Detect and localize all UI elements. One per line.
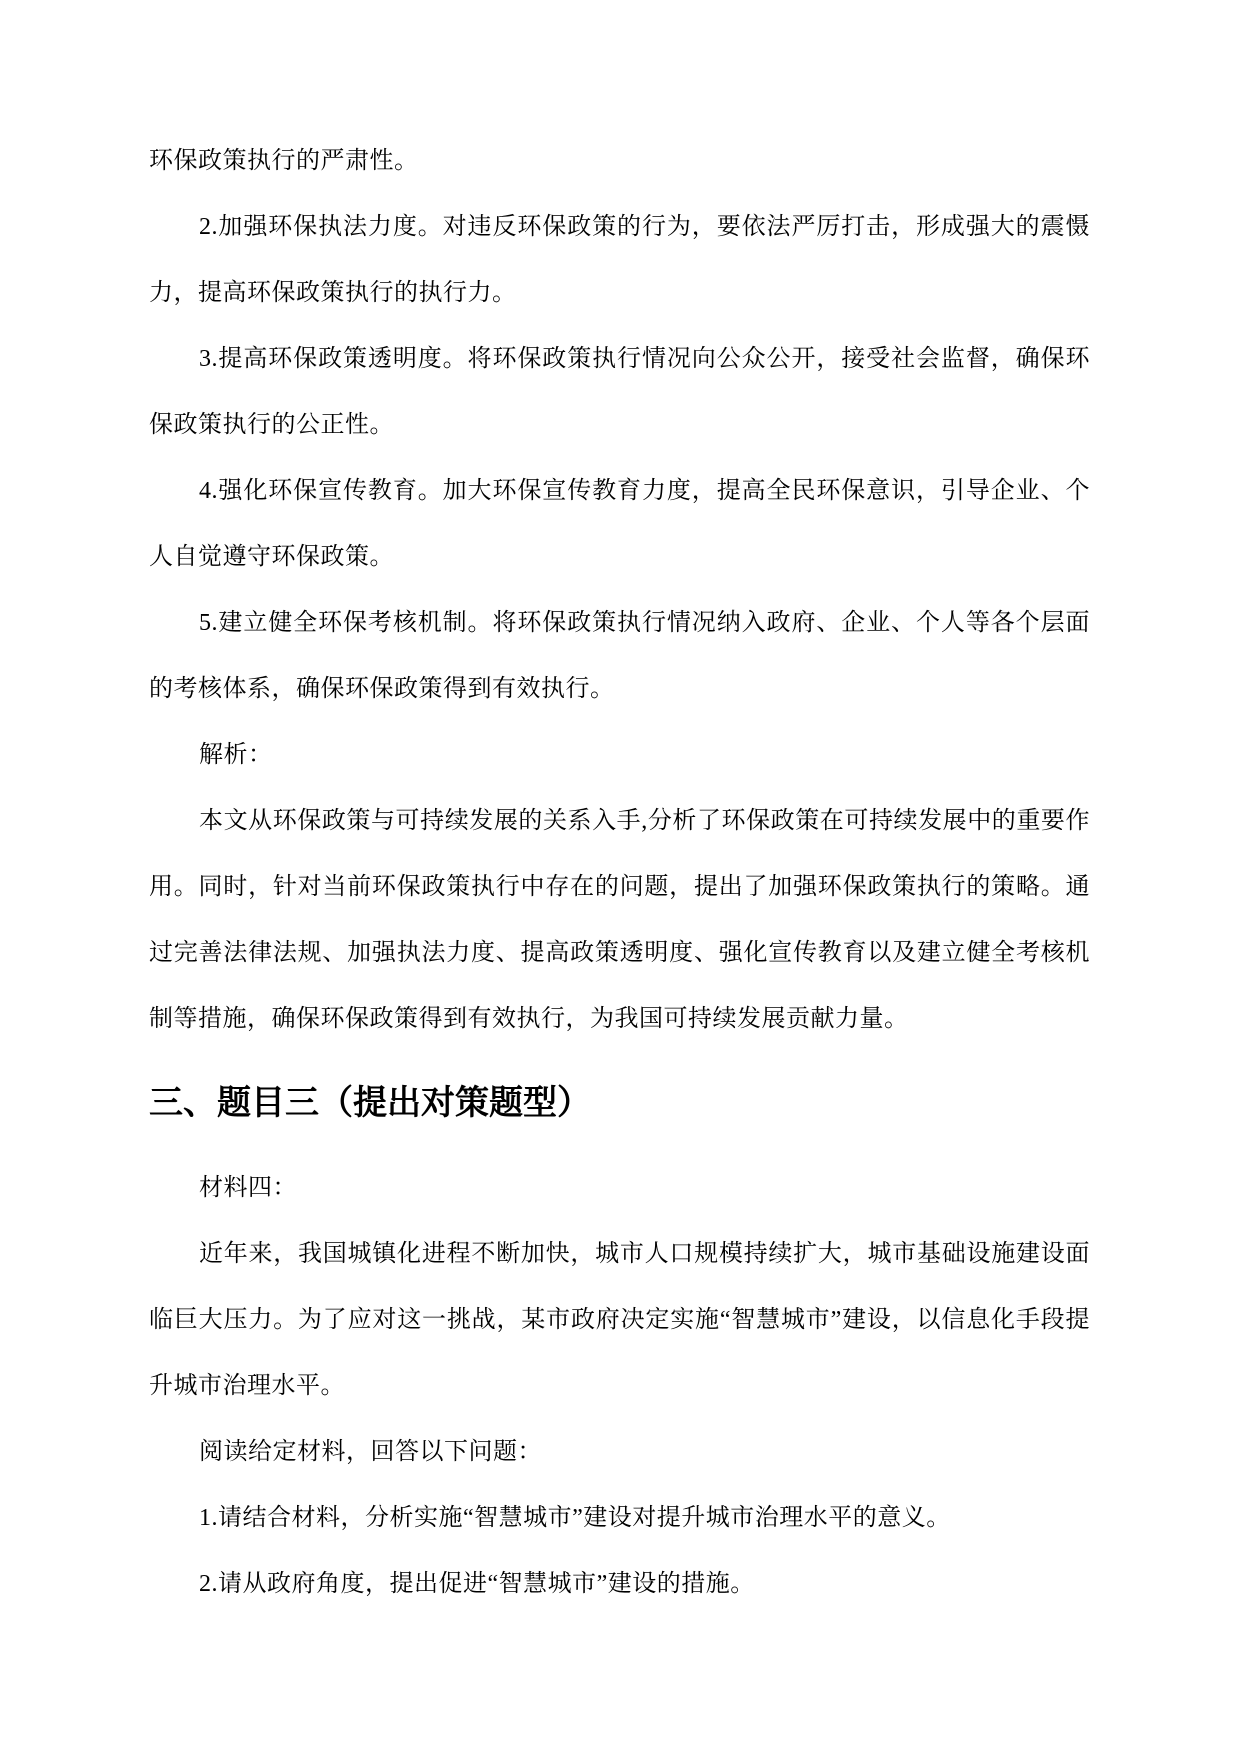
paragraph-strategy-3-transparency: 3.提高环保政策透明度。将环保政策执行情况向公众公开，接受社会监督，确保环保政策… bbox=[149, 326, 1090, 458]
paragraph-strategy-4-education: 4.强化环保宣传教育。加大环保宣传教育力度，提高全民环保意识，引导企业、个人自觉… bbox=[149, 458, 1090, 590]
paragraph-strategy-2-enforcement: 2.加强环保执法力度。对违反环保政策的行为，要依法严厉打击，形成强大的震慑力，提… bbox=[149, 194, 1090, 326]
section-heading-topic-three: 三、题目三（提出对策题型） bbox=[149, 1052, 1090, 1155]
question-2: 2.请从政府角度，提出促进“智慧城市”建设的措施。 bbox=[149, 1551, 1090, 1617]
paragraph-strategy-5-assessment: 5.建立健全环保考核机制。将环保政策执行情况纳入政府、企业、个人等各个层面的考核… bbox=[149, 590, 1090, 722]
paragraph-policy-seriousness-tail: 环保政策执行的严肃性。 bbox=[149, 128, 1090, 194]
analysis-label: 解析： bbox=[149, 722, 1090, 788]
document-page: 环保政策执行的严肃性。 2.加强环保执法力度。对违反环保政策的行为，要依法严厉打… bbox=[0, 0, 1241, 1754]
instruction-line: 阅读给定材料，回答以下问题： bbox=[149, 1419, 1090, 1485]
analysis-body: 本文从环保政策与可持续发展的关系入手,分析了环保政策在可持续发展中的重要作用。同… bbox=[149, 788, 1090, 1052]
material-four-label: 材料四： bbox=[149, 1155, 1090, 1221]
question-1: 1.请结合材料，分析实施“智慧城市”建设对提升城市治理水平的意义。 bbox=[149, 1485, 1090, 1551]
material-four-body: 近年来，我国城镇化进程不断加快，城市人口规模持续扩大，城市基础设施建设面临巨大压… bbox=[149, 1221, 1090, 1419]
